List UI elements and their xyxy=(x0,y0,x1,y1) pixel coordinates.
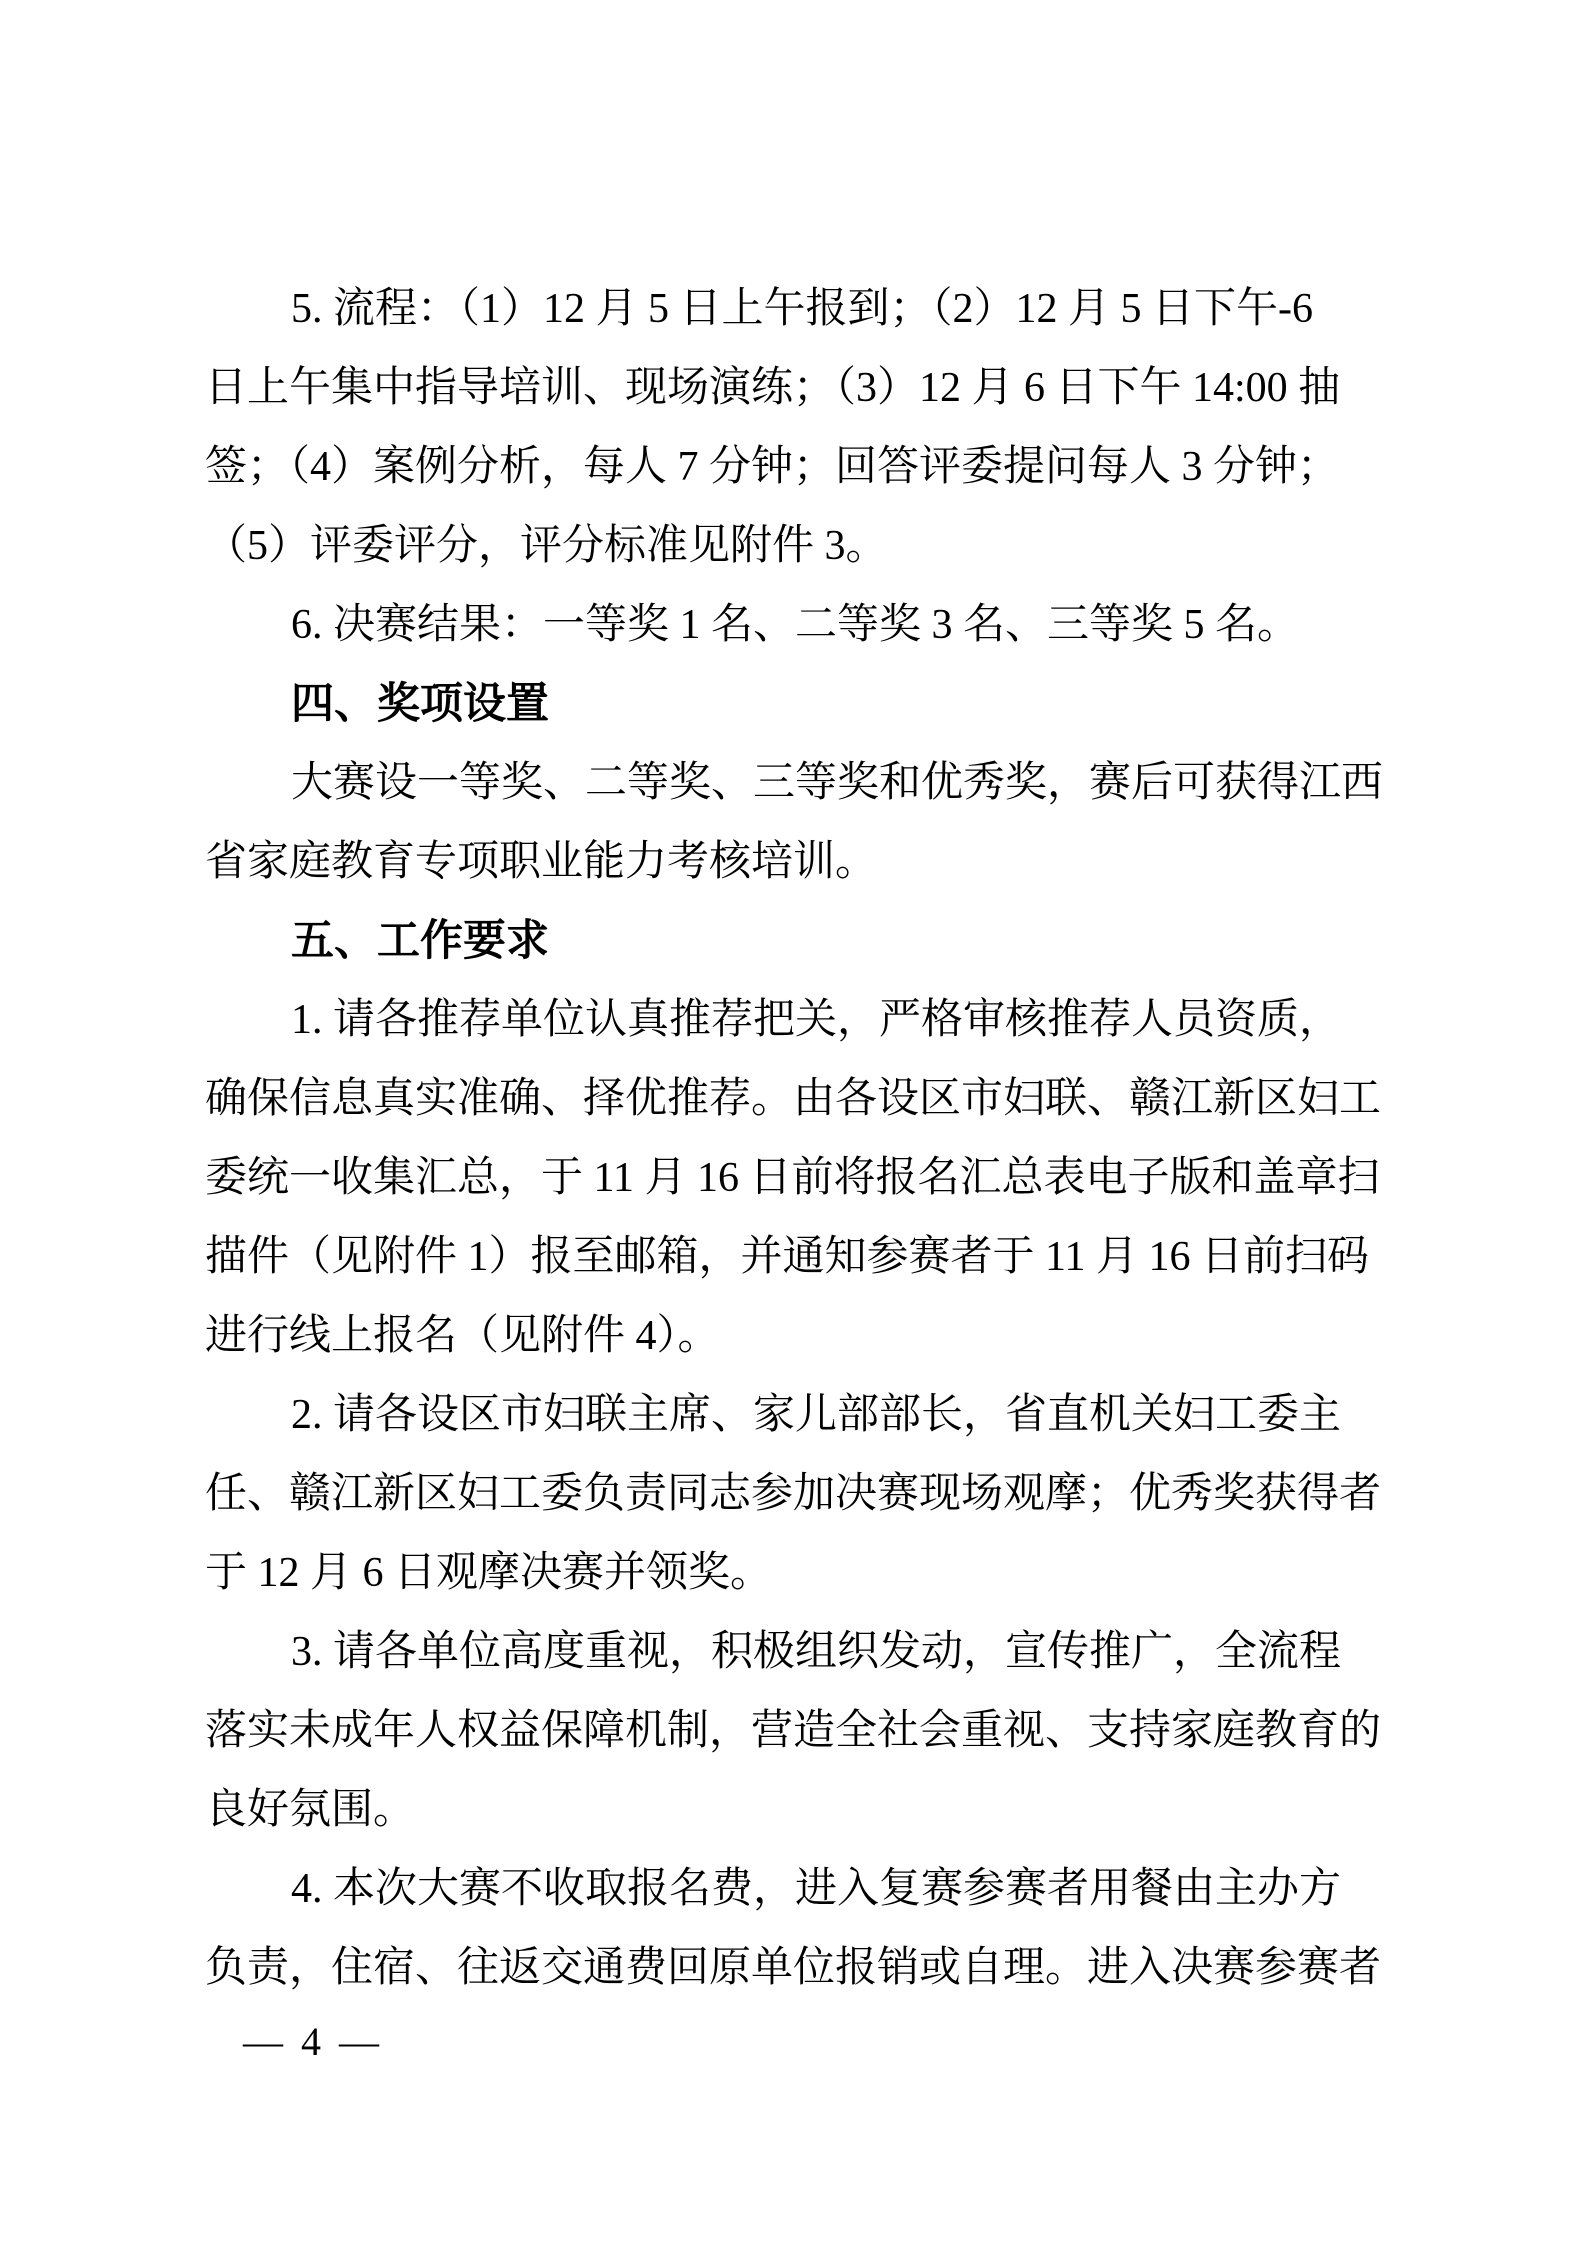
text-line: 大赛设一等奖、二等奖、三等奖和优秀奖，赛后可获得江西 xyxy=(205,744,1390,823)
text-line-requirement-1: 1. 请各推荐单位认真推荐把关，严格审核推荐人员资质， xyxy=(205,981,1390,1060)
text-line: 进行线上报名（见附件 4）。 xyxy=(205,1297,1390,1376)
page-number: — 4 — xyxy=(243,2018,383,2066)
text-line: 日上午集中指导培训、现场演练；（3）12 月 6 日下午 14:00 抽 xyxy=(205,349,1390,428)
text-line: 确保信息真实准确、择优推荐。由各设区市妇联、赣江新区妇工 xyxy=(205,1060,1390,1139)
text-line-requirement-3: 3. 请各单位高度重视，积极组织发动，宣传推广，全流程 xyxy=(205,1613,1390,1692)
text-line: 描件（见附件 1）报至邮箱，并通知参赛者于 11 月 16 日前扫码 xyxy=(205,1218,1390,1297)
text-line: 于 12 月 6 日观摩决赛并领奖。 xyxy=(205,1534,1390,1613)
text-line-flow-process: 5. 流程：（1）12 月 5 日上午报到；（2）12 月 5 日下午-6 xyxy=(205,270,1390,349)
text-line-final-results: 6. 决赛结果：一等奖 1 名、二等奖 3 名、三等奖 5 名。 xyxy=(205,586,1390,665)
text-line-requirement-4: 4. 本次大赛不收取报名费，进入复赛参赛者用餐由主办方 xyxy=(205,1850,1390,1929)
text-line: 委统一收集汇总，于 11 月 16 日前将报名汇总表电子版和盖章扫 xyxy=(205,1139,1390,1218)
text-line-requirement-2: 2. 请各设区市妇联主席、家儿部部长，省直机关妇工委主 xyxy=(205,1376,1390,1455)
text-line: 落实未成年人权益保障机制，营造全社会重视、支持家庭教育的 xyxy=(205,1692,1390,1771)
text-line: （5）评委评分，评分标准见附件 3。 xyxy=(205,507,1390,586)
section-heading-awards: 四、奖项设置 xyxy=(205,665,1390,744)
document-page: 5. 流程：（1）12 月 5 日上午报到；（2）12 月 5 日下午-6 日上… xyxy=(0,0,1587,2245)
text-line: 负责，住宿、往返交通费回原单位报销或自理。进入决赛参赛者 xyxy=(205,1929,1390,2008)
text-line: 良好氛围。 xyxy=(205,1771,1390,1850)
text-line: 任、赣江新区妇工委负责同志参加决赛现场观摩；优秀奖获得者 xyxy=(205,1455,1390,1534)
section-heading-work-requirements: 五、工作要求 xyxy=(205,902,1390,981)
text-line: 签；（4）案例分析，每人 7 分钟；回答评委提问每人 3 分钟； xyxy=(205,428,1390,507)
text-line: 省家庭教育专项职业能力考核培训。 xyxy=(205,823,1390,902)
document-body: 5. 流程：（1）12 月 5 日上午报到；（2）12 月 5 日下午-6 日上… xyxy=(205,270,1390,2008)
